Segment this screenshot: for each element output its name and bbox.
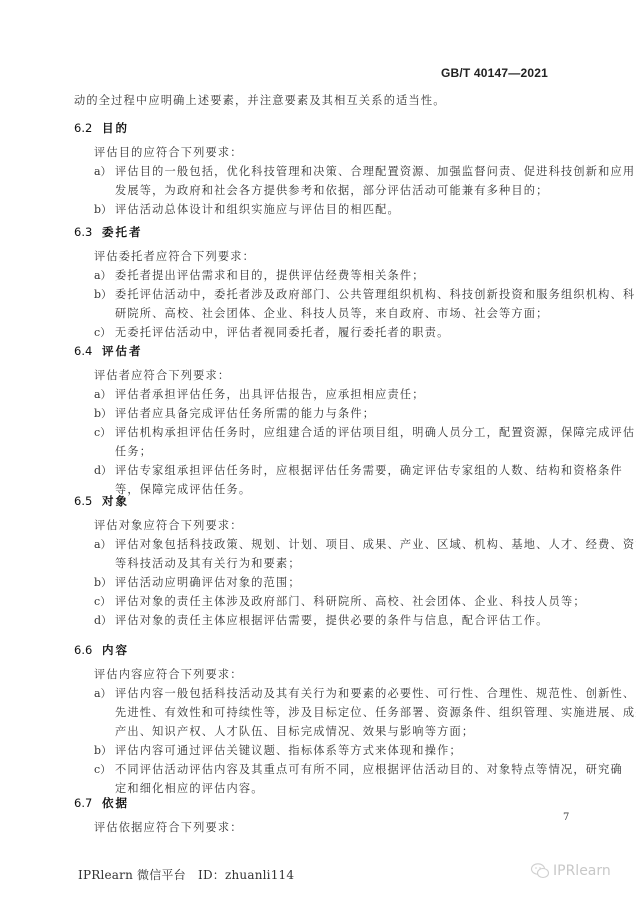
- section-number: 6.6: [74, 643, 102, 657]
- list-item-text: 评估者应具备完成评估任务所需的能力与条件；: [115, 407, 375, 421]
- section-number: 6.3: [74, 225, 102, 239]
- section-title: 委托者: [102, 225, 143, 239]
- list-item-text: 定和细化相应的评估内容。: [115, 782, 264, 796]
- list-item-text: 先进性、有效性和可持续性等，涉及目标定位、任务部署、资源条件、组织管理、实施进展…: [115, 706, 636, 720]
- watermark-text: IPRlearn: [553, 863, 611, 879]
- list-item-text: 评估活动总体设计和组织实施应与评估目的相匹配。: [115, 203, 400, 217]
- standard-code: GB/T 40147—2021: [441, 66, 548, 80]
- section-title: 评估者: [102, 344, 143, 358]
- list-marker: a）: [94, 538, 112, 552]
- section-heading: 6.4评估者: [74, 344, 143, 358]
- list-marker: a）: [94, 165, 112, 179]
- list-item-text: 不同评估活动评估内容及其重点可有所不同，应根据评估活动目的、对象特点等情况，研究…: [115, 763, 623, 777]
- section-title: 依据: [102, 796, 129, 810]
- section-intro: 评估目的应符合下列要求：: [94, 146, 243, 160]
- section-heading: 6.2目的: [74, 121, 129, 135]
- list-item-text: 评估对象的责任主体应根据评估需要，提供必要的条件与信息，配合评估工作。: [115, 614, 549, 628]
- list-item-text: 评估者承担评估任务，出具评估报告，应承担相应责任；: [115, 388, 425, 402]
- list-item-text: 发展等，为政府和社会各方提供参考和依据，部分评估活动可能兼有多种目的；: [115, 184, 549, 198]
- section-intro: 评估委托者应符合下列要求：: [94, 250, 255, 264]
- section-number: 6.4: [74, 344, 102, 358]
- list-marker: d）: [94, 464, 112, 478]
- list-item-text: 产出、知识产权、人才队伍、目标完成情况、效果与影响等方面；: [115, 725, 474, 739]
- list-item-text: 评估专家组承担评估任务时，应根据评估任务需要，确定评估专家组的人数、结构和资格条…: [115, 464, 623, 478]
- section-heading: 6.5对象: [74, 494, 129, 508]
- footer-account-id: IPRlearn 微信平台 ID：zhuanli114: [78, 866, 294, 883]
- continuation-text: 动的全过程中应明确上述要素，并注意要素及其相互关系的适当性。: [74, 94, 446, 108]
- watermark: IPRlearn: [530, 862, 611, 880]
- list-item-text: 评估对象包括科技政策、规划、计划、项目、成果、产业、区域、机构、基地、人才、经费…: [115, 538, 636, 552]
- list-marker: b）: [94, 744, 112, 758]
- list-marker: a）: [94, 687, 112, 701]
- list-item-text: 评估目的一般包括，优化科技管理和决策、合理配置资源、加强监督问责、促进科技创新和…: [115, 165, 635, 179]
- list-marker: a）: [94, 388, 112, 402]
- page-number: 7: [563, 812, 569, 823]
- section-number: 6.2: [74, 121, 102, 135]
- list-item-text: 评估内容可通过评估关键议题、指标体系等方式来体现和操作；: [115, 744, 462, 758]
- section-title: 对象: [102, 494, 129, 508]
- list-marker: c）: [94, 426, 111, 440]
- list-marker: b）: [94, 407, 112, 421]
- wechat-icon: [530, 862, 550, 880]
- section-title: 内容: [102, 643, 129, 657]
- list-item-text: 研院所、高校、社会团体、企业、科技人员等，来自政府、市场、社会等方面；: [115, 307, 549, 321]
- section-number: 6.5: [74, 494, 102, 508]
- list-item-text: 委托评估活动中，委托者涉及政府部门、公共管理组织机构、科技创新投资和服务组织机构…: [115, 288, 635, 302]
- list-item-text: 等科技活动及其有关行为和要素；: [115, 557, 301, 571]
- list-marker: a）: [94, 269, 112, 283]
- list-marker: b）: [94, 288, 112, 302]
- list-marker: b）: [94, 576, 112, 590]
- list-item-text: 无委托评估活动中，评估者视同委托者，履行委托者的职责。: [115, 326, 449, 340]
- section-heading: 6.6内容: [74, 643, 129, 657]
- section-intro: 评估对象应符合下列要求：: [94, 519, 243, 533]
- list-item-text: 等，保障完成评估任务。: [115, 483, 251, 497]
- list-item-text: 评估对象的责任主体涉及政府部门、科研院所、高校、社会团体、企业、科技人员等；: [115, 595, 586, 609]
- section-intro: 评估依据应符合下列要求：: [94, 821, 243, 835]
- list-item-text: 评估内容一般包括科技活动及其有关行为和要素的必要性、可行性、合理性、规范性、创新…: [115, 687, 635, 701]
- section-title: 目的: [102, 121, 129, 135]
- list-marker: d）: [94, 614, 112, 628]
- list-item-text: 评估机构承担评估任务时，应组建合适的评估项目组，明确人员分工，配置资源，保障完成…: [115, 426, 635, 440]
- section-intro: 评估者应符合下列要求：: [94, 369, 230, 383]
- list-marker: b）: [94, 203, 112, 217]
- list-item-text: 任务；: [115, 445, 152, 459]
- list-marker: c）: [94, 326, 111, 340]
- section-intro: 评估内容应符合下列要求：: [94, 668, 243, 682]
- section-number: 6.7: [74, 796, 102, 810]
- list-item-text: 委托者提出评估需求和目的，提供评估经费等相关条件；: [115, 269, 425, 283]
- section-heading: 6.7依据: [74, 796, 129, 810]
- section-heading: 6.3委托者: [74, 225, 143, 239]
- list-item-text: 评估活动应明确评估对象的范围；: [115, 576, 301, 590]
- document-page: GB/T 40147—2021 动的全过程中应明确上述要素，并注意要素及其相互关…: [0, 0, 636, 900]
- list-marker: c）: [94, 763, 111, 777]
- list-marker: c）: [94, 595, 111, 609]
